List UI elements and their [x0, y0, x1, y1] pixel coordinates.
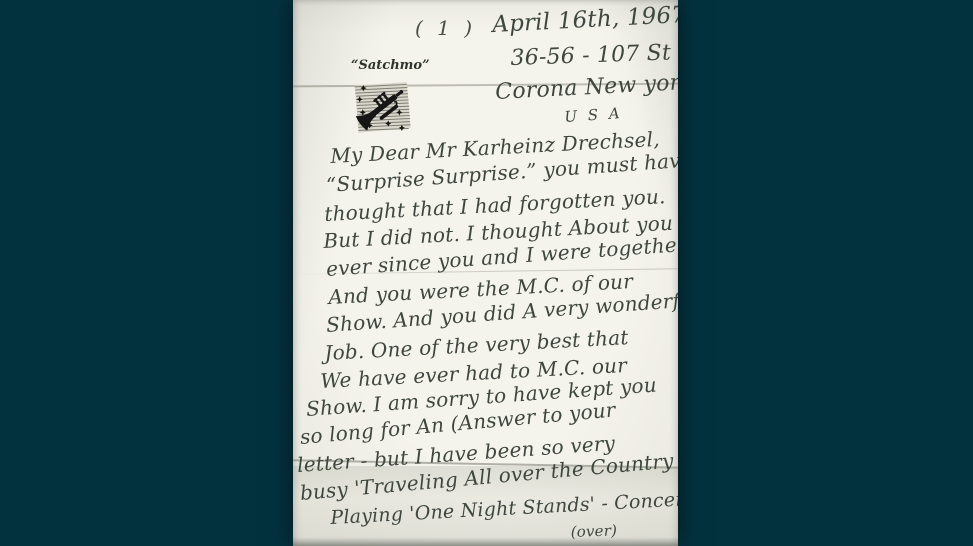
letter-page: ( 1 ) April 16th, 1967 36-56 - 107 St Co…	[293, 0, 678, 546]
city-line: Corona New york	[495, 70, 678, 105]
country-line: U S A	[564, 104, 623, 126]
paper-bottom-shadow	[293, 537, 678, 546]
trumpet-logo-icon	[351, 79, 413, 137]
street-address-line: 36-56 - 107 St	[510, 40, 671, 71]
satchmo-label: “Satchmo”	[351, 58, 413, 73]
letterhead: “Satchmo”	[351, 58, 461, 137]
over-note: (over)	[570, 521, 617, 541]
photo-background: ( 1 ) April 16th, 1967 36-56 - 107 St Co…	[0, 0, 973, 546]
page-number: ( 1 )	[415, 16, 476, 40]
date-line: April 16th, 1967	[492, 2, 678, 38]
